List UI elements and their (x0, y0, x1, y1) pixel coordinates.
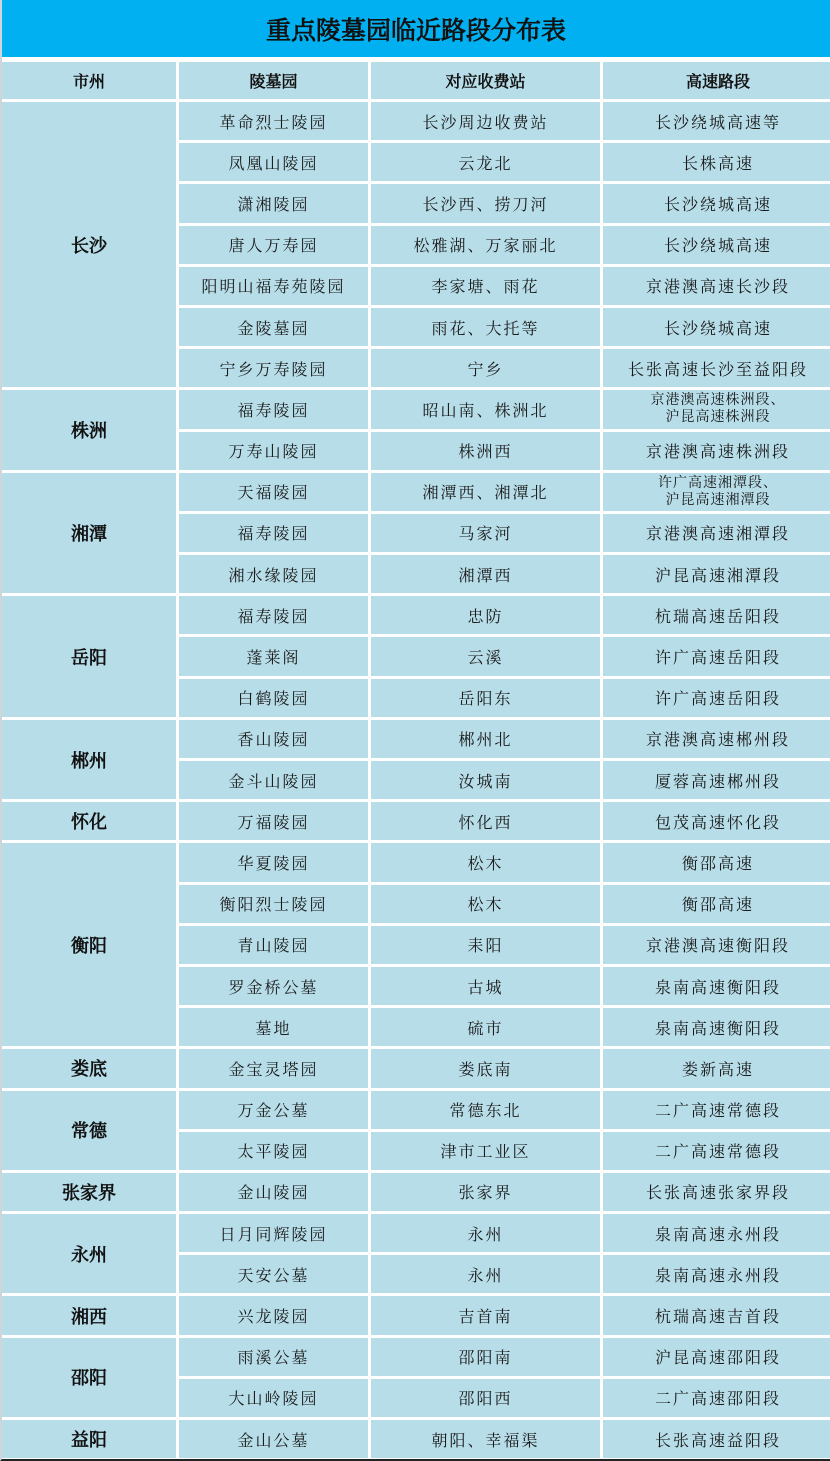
highway-cell: 长张高速张家界段 (603, 1173, 830, 1211)
cemetery-cell: 华夏陵园 (179, 843, 368, 881)
highway-cell: 娄新高速 (603, 1049, 830, 1087)
highway-cell: 长株高速 (603, 143, 830, 181)
city-cell: 株洲 (2, 390, 176, 469)
toll-station-cell: 硫市 (371, 1008, 600, 1046)
cemetery-cell: 潇湘陵园 (179, 184, 368, 222)
toll-station-cell: 长沙周边收费站 (371, 102, 600, 140)
table-row: 常德 万金公墓 常德东北 二广高速常德段 (2, 1091, 830, 1129)
table-body: 长沙 革命烈士陵园 长沙周边收费站 长沙绕城高速等 凤凰山陵园 云龙北 长株高速… (2, 102, 830, 1458)
cemetery-cell: 金山陵园 (179, 1173, 368, 1211)
city-cell: 娄底 (2, 1049, 176, 1087)
cemetery-cell: 日月同辉陵园 (179, 1214, 368, 1252)
highway-line-1: 许广高速湘潭段、 (603, 475, 830, 492)
highway-cell: 长沙绕城高速 (603, 308, 830, 346)
city-cell: 常德 (2, 1091, 176, 1170)
toll-station-cell: 松雅湖、万家丽北 (371, 226, 600, 264)
toll-station-cell: 李家塘、雨花 (371, 267, 600, 305)
highway-cell: 京港澳高速湘潭段 (603, 514, 830, 552)
table-row: 长沙 革命烈士陵园 长沙周边收费站 长沙绕城高速等 (2, 102, 830, 140)
table-document: 重点陵墓园临近路段分布表 市州 陵墓园 对应收费站 高速路段 长沙 革命烈士陵园… (0, 0, 830, 1461)
toll-station-cell: 永州 (371, 1255, 600, 1293)
cemetery-cell: 湘水缘陵园 (179, 555, 368, 593)
highway-cell: 二广高速常德段 (603, 1091, 830, 1129)
cemetery-cell: 太平陵园 (179, 1132, 368, 1170)
toll-station-cell: 湘潭西、湘潭北 (371, 473, 600, 511)
toll-station-cell: 津市工业区 (371, 1132, 600, 1170)
toll-station-cell: 宁乡 (371, 349, 600, 387)
toll-station-cell: 吉首南 (371, 1296, 600, 1334)
cemetery-cell: 香山陵园 (179, 720, 368, 758)
highway-cell: 京港澳高速株洲段 (603, 432, 830, 470)
table-row: 张家界 金山陵园 张家界 长张高速张家界段 (2, 1173, 830, 1211)
header-toll-station: 对应收费站 (371, 62, 600, 99)
table-row: 益阳 金山公墓 朝阳、幸福渠 长张高速益阳段 (2, 1420, 830, 1458)
header-city: 市州 (2, 62, 176, 99)
toll-station-cell: 张家界 (371, 1173, 600, 1211)
toll-station-cell: 永州 (371, 1214, 600, 1252)
cemetery-cell: 兴龙陵园 (179, 1296, 368, 1334)
cemetery-cell: 万福陵园 (179, 802, 368, 840)
city-cell: 怀化 (2, 802, 176, 840)
cemetery-cell: 凤凰山陵园 (179, 143, 368, 181)
table-row: 娄底 金宝灵塔园 娄底南 娄新高速 (2, 1049, 830, 1087)
table-row: 怀化 万福陵园 怀化西 包茂高速怀化段 (2, 802, 830, 840)
header-row: 市州 陵墓园 对应收费站 高速路段 (2, 62, 830, 99)
highway-cell: 长张高速长沙至益阳段 (603, 349, 830, 387)
highway-cell: 包茂高速怀化段 (603, 802, 830, 840)
table-title: 重点陵墓园临近路段分布表 (2, 0, 830, 57)
toll-station-cell: 松木 (371, 885, 600, 923)
cemetery-cell: 福寿陵园 (179, 596, 368, 634)
toll-station-cell: 怀化西 (371, 802, 600, 840)
highway-line-2: 沪昆高速株洲段 (603, 409, 830, 426)
toll-station-cell: 昭山南、株洲北 (371, 390, 600, 428)
city-cell: 张家界 (2, 1173, 176, 1211)
highway-cell: 许广高速岳阳段 (603, 637, 830, 675)
city-cell: 益阳 (2, 1420, 176, 1458)
header-cemetery: 陵墓园 (179, 62, 368, 99)
toll-station-cell: 郴州北 (371, 720, 600, 758)
cemetery-cell: 墓地 (179, 1008, 368, 1046)
cemetery-cell: 罗金桥公墓 (179, 967, 368, 1005)
table-row: 岳阳 福寿陵园 忠防 杭瑞高速岳阳段 (2, 596, 830, 634)
highway-cell: 泉南高速衡阳段 (603, 1008, 830, 1046)
highway-cell: 泉南高速永州段 (603, 1255, 830, 1293)
toll-station-cell: 常德东北 (371, 1091, 600, 1129)
cemetery-cell: 阳明山福寿苑陵园 (179, 267, 368, 305)
highway-cell: 京港澳高速郴州段 (603, 720, 830, 758)
toll-station-cell: 株洲西 (371, 432, 600, 470)
highway-line-2: 沪昆高速湘潭段 (603, 492, 830, 509)
cemetery-cell: 金山公墓 (179, 1420, 368, 1458)
toll-station-cell: 耒阳 (371, 926, 600, 964)
highway-cell: 许广高速岳阳段 (603, 679, 830, 717)
cemetery-highway-table: 市州 陵墓园 对应收费站 高速路段 长沙 革命烈士陵园 长沙周边收费站 长沙绕城… (0, 59, 830, 1461)
cemetery-cell: 蓬莱阁 (179, 637, 368, 675)
highway-cell: 京港澳高速长沙段 (603, 267, 830, 305)
highway-cell: 二广高速邵阳段 (603, 1379, 830, 1417)
toll-station-cell: 云溪 (371, 637, 600, 675)
toll-station-cell: 邵阳南 (371, 1338, 600, 1376)
toll-station-cell: 松木 (371, 843, 600, 881)
highway-cell: 厦蓉高速郴州段 (603, 761, 830, 799)
toll-station-cell: 汝城南 (371, 761, 600, 799)
highway-cell: 衡邵高速 (603, 843, 830, 881)
cemetery-cell: 福寿陵园 (179, 514, 368, 552)
cemetery-cell: 金陵墓园 (179, 308, 368, 346)
cemetery-cell: 万金公墓 (179, 1091, 368, 1129)
highway-cell: 长沙绕城高速 (603, 184, 830, 222)
highway-cell: 二广高速常德段 (603, 1132, 830, 1170)
toll-station-cell: 邵阳西 (371, 1379, 600, 1417)
toll-station-cell: 古城 (371, 967, 600, 1005)
highway-cell: 杭瑞高速吉首段 (603, 1296, 830, 1334)
toll-station-cell: 湘潭西 (371, 555, 600, 593)
city-cell: 郴州 (2, 720, 176, 799)
toll-station-cell: 马家河 (371, 514, 600, 552)
toll-station-cell: 朝阳、幸福渠 (371, 1420, 600, 1458)
toll-station-cell: 长沙西、捞刀河 (371, 184, 600, 222)
city-cell: 邵阳 (2, 1338, 176, 1417)
toll-station-cell: 娄底南 (371, 1049, 600, 1087)
highway-cell: 沪昆高速湘潭段 (603, 555, 830, 593)
highway-cell: 许广高速湘潭段、 沪昆高速湘潭段 (603, 473, 830, 511)
cemetery-cell: 衡阳烈士陵园 (179, 885, 368, 923)
toll-station-cell: 雨花、大托等 (371, 308, 600, 346)
city-cell: 衡阳 (2, 843, 176, 1046)
highway-cell: 京港澳高速株洲段、 沪昆高速株洲段 (603, 390, 830, 428)
city-cell: 永州 (2, 1214, 176, 1293)
header-highway: 高速路段 (603, 62, 830, 99)
city-cell: 岳阳 (2, 596, 176, 717)
cemetery-cell: 金斗山陵园 (179, 761, 368, 799)
highway-line-1: 京港澳高速株洲段、 (603, 392, 830, 409)
highway-cell: 沪昆高速邵阳段 (603, 1338, 830, 1376)
highway-cell: 泉南高速永州段 (603, 1214, 830, 1252)
highway-cell: 长张高速益阳段 (603, 1420, 830, 1458)
table-row: 衡阳 华夏陵园 松木 衡邵高速 (2, 843, 830, 881)
table-row: 郴州 香山陵园 郴州北 京港澳高速郴州段 (2, 720, 830, 758)
city-cell: 湘西 (2, 1296, 176, 1334)
cemetery-cell: 金宝灵塔园 (179, 1049, 368, 1087)
highway-cell: 泉南高速衡阳段 (603, 967, 830, 1005)
cemetery-cell: 雨溪公墓 (179, 1338, 368, 1376)
city-cell: 长沙 (2, 102, 176, 387)
cemetery-cell: 大山岭陵园 (179, 1379, 368, 1417)
cemetery-cell: 青山陵园 (179, 926, 368, 964)
highway-cell: 长沙绕城高速等 (603, 102, 830, 140)
table-row: 邵阳 雨溪公墓 邵阳南 沪昆高速邵阳段 (2, 1338, 830, 1376)
cemetery-cell: 革命烈士陵园 (179, 102, 368, 140)
table-row: 湘西 兴龙陵园 吉首南 杭瑞高速吉首段 (2, 1296, 830, 1334)
cemetery-cell: 天安公墓 (179, 1255, 368, 1293)
city-cell: 湘潭 (2, 473, 176, 594)
cemetery-cell: 天福陵园 (179, 473, 368, 511)
highway-cell: 杭瑞高速岳阳段 (603, 596, 830, 634)
table-row: 株洲 福寿陵园 昭山南、株洲北 京港澳高速株洲段、 沪昆高速株洲段 (2, 390, 830, 428)
toll-station-cell: 岳阳东 (371, 679, 600, 717)
cemetery-cell: 唐人万寿园 (179, 226, 368, 264)
cemetery-cell: 宁乡万寿陵园 (179, 349, 368, 387)
toll-station-cell: 忠防 (371, 596, 600, 634)
cemetery-cell: 白鹤陵园 (179, 679, 368, 717)
highway-cell: 京港澳高速衡阳段 (603, 926, 830, 964)
table-row: 永州 日月同辉陵园 永州 泉南高速永州段 (2, 1214, 830, 1252)
highway-cell: 长沙绕城高速 (603, 226, 830, 264)
highway-cell: 衡邵高速 (603, 885, 830, 923)
table-row: 湘潭 天福陵园 湘潭西、湘潭北 许广高速湘潭段、 沪昆高速湘潭段 (2, 473, 830, 511)
cemetery-cell: 福寿陵园 (179, 390, 368, 428)
cemetery-cell: 万寿山陵园 (179, 432, 368, 470)
toll-station-cell: 云龙北 (371, 143, 600, 181)
